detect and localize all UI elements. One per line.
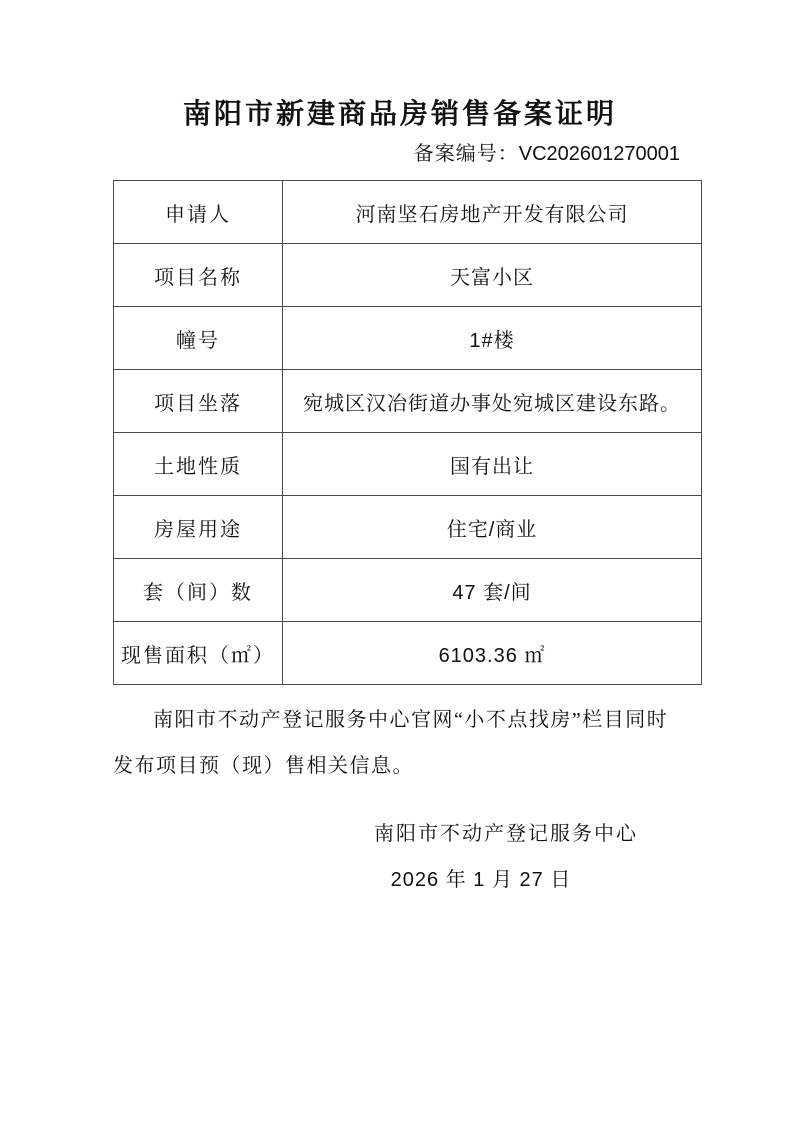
row-value-project-name: 天富小区 (283, 244, 702, 307)
row-label-applicant: 申请人 (114, 181, 283, 244)
row-value-building-number: 1#楼 (283, 307, 702, 370)
row-label-project-location: 项目坐落 (114, 370, 283, 433)
table-row-project-location: 项目坐落 宛城区汉冶街道办事处宛城区建设东路。 (114, 370, 702, 433)
notice-paragraph: 南阳市不动产登记服务中心官网“小不点找房”栏目同时发布项目预（现）售相关信息。 (113, 697, 687, 789)
table-row-project-name: 项目名称 天富小区 (114, 244, 702, 307)
document-title: 南阳市新建商品房销售备案证明 (0, 0, 800, 134)
filing-info-table: 申请人 河南坚石房地产开发有限公司 项目名称 天富小区 幢号 1#楼 项目坐落 … (113, 180, 702, 685)
row-label-unit-count: 套（间）数 (114, 559, 283, 622)
row-label-land-nature: 土地性质 (114, 433, 283, 496)
table-row-land-nature: 土地性质 国有出让 (114, 433, 702, 496)
row-value-unit-count: 47 套/间 (283, 559, 702, 622)
document-page: 南阳市新建商品房销售备案证明 备案编号：VC202601270001 申请人 河… (0, 0, 800, 1131)
record-number-line: 备案编号：VC202601270001 (0, 140, 680, 168)
row-label-project-name: 项目名称 (114, 244, 283, 307)
row-value-sale-area: 6103.36 ㎡ (283, 622, 702, 685)
row-value-project-location: 宛城区汉冶街道办事处宛城区建设东路。 (283, 370, 702, 433)
table-row-applicant: 申请人 河南坚石房地产开发有限公司 (114, 181, 702, 244)
row-label-building-number: 幢号 (114, 307, 283, 370)
signature-block: 南阳市不动产登记服务中心 2026 年 1 月 27 日 (313, 821, 699, 893)
issuer-name: 南阳市不动产登记服务中心 (313, 821, 699, 847)
table-row-unit-count: 套（间）数 47 套/间 (114, 559, 702, 622)
issue-date: 2026 年 1 月 27 日 (313, 867, 699, 893)
row-value-land-nature: 国有出让 (283, 433, 702, 496)
record-number-label: 备案编号： (414, 143, 519, 165)
row-value-house-usage: 住宅/商业 (283, 496, 702, 559)
table-row-sale-area: 现售面积（㎡） 6103.36 ㎡ (114, 622, 702, 685)
row-label-house-usage: 房屋用途 (114, 496, 283, 559)
row-label-sale-area: 现售面积（㎡） (114, 622, 283, 685)
record-number-value: VC202601270001 (519, 143, 680, 165)
row-value-applicant: 河南坚石房地产开发有限公司 (283, 181, 702, 244)
table-row-building-number: 幢号 1#楼 (114, 307, 702, 370)
table-row-house-usage: 房屋用途 住宅/商业 (114, 496, 702, 559)
